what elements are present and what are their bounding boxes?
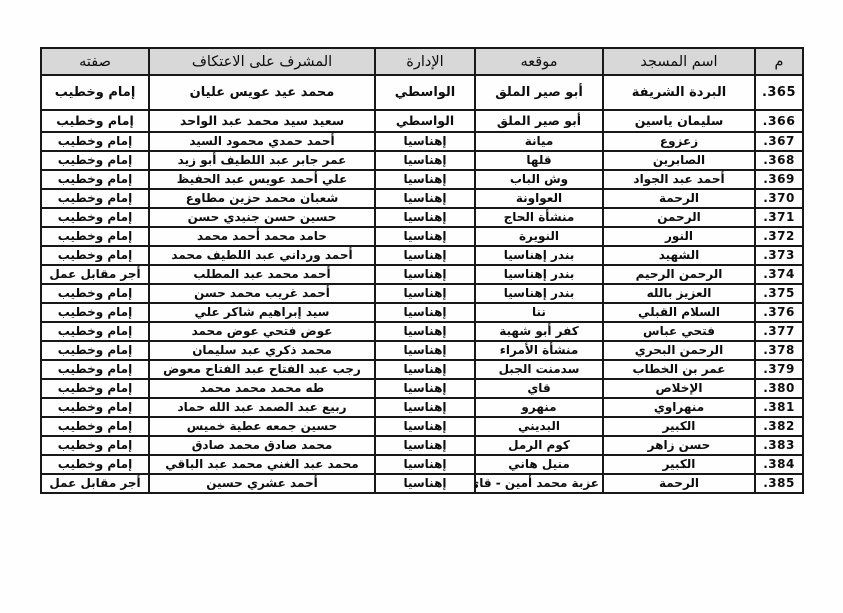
- cell-supervisor: أحمد غريب محمد حسن: [149, 284, 375, 303]
- cell-num: .379: [755, 360, 803, 379]
- cell-admin: إهناسيا: [375, 170, 475, 189]
- cell-num: .377: [755, 322, 803, 341]
- cell-location: منشأة الأمراء: [475, 341, 603, 360]
- cell-location: قلها: [475, 151, 603, 170]
- cell-admin: إهناسيا: [375, 474, 475, 493]
- scanned-page-background: م اسم المسجد موقعه الإدارة المشرف على ال…: [0, 0, 843, 613]
- cell-num: .367: [755, 132, 803, 151]
- cell-mosque: العزيز بالله: [603, 284, 755, 303]
- cell-num: .382: [755, 417, 803, 436]
- cell-supervisor: محمد عيد عويس عليان: [149, 75, 375, 110]
- cell-admin: إهناسيا: [375, 379, 475, 398]
- cell-supervisor: أحمد ورداني عبد اللطيف محمد: [149, 246, 375, 265]
- mosque-itikaf-roster-table: م اسم المسجد موقعه الإدارة المشرف على ال…: [40, 47, 804, 494]
- cell-admin: إهناسيا: [375, 265, 475, 284]
- cell-location: ميانة: [475, 132, 603, 151]
- cell-location: كفر أبو شهبة: [475, 322, 603, 341]
- cell-admin: إهناسيا: [375, 151, 475, 170]
- cell-role: إمام وخطيب: [41, 227, 149, 246]
- cell-mosque: الرحمن البحري: [603, 341, 755, 360]
- table-row: .366سليمان ياسينأبو صير الملقالواسطيسعيد…: [41, 110, 803, 132]
- cell-role: إمام وخطيب: [41, 360, 149, 379]
- table-row: .377فتحي عباسكفر أبو شهبةإهناسياعوض فتحي…: [41, 322, 803, 341]
- cell-role: إمام وخطيب: [41, 208, 149, 227]
- cell-supervisor: عمر جابر عبد اللطيف أبو زيد: [149, 151, 375, 170]
- cell-location: النويرة: [475, 227, 603, 246]
- table-row: .378الرحمن البحريمنشأة الأمراءإهناسيامحم…: [41, 341, 803, 360]
- cell-location: أبو صير الملق: [475, 110, 603, 132]
- table-row: .381منهراويمنهروإهناسياربيع عبد الصمد عب…: [41, 398, 803, 417]
- cell-role: إمام وخطيب: [41, 284, 149, 303]
- cell-admin: إهناسيا: [375, 436, 475, 455]
- cell-location: منهرو: [475, 398, 603, 417]
- cell-mosque: عمر بن الخطاب: [603, 360, 755, 379]
- cell-mosque: سليمان ياسين: [603, 110, 755, 132]
- cell-role: إمام وخطيب: [41, 110, 149, 132]
- cell-supervisor: حامد محمد أحمد محمد: [149, 227, 375, 246]
- table-row: .385الرحمةعزبة محمد أمين - قايإهناسياأحم…: [41, 474, 803, 493]
- cell-supervisor: عوض فتحي عوض محمد: [149, 322, 375, 341]
- cell-supervisor: شعبان محمد حزين مطاوع: [149, 189, 375, 208]
- cell-mosque: الرحمة: [603, 474, 755, 493]
- cell-location: وش الباب: [475, 170, 603, 189]
- cell-num: .369: [755, 170, 803, 189]
- cell-admin: إهناسيا: [375, 455, 475, 474]
- cell-role: إمام وخطيب: [41, 417, 149, 436]
- cell-role: إمام وخطيب: [41, 246, 149, 265]
- cell-location: بندر إهناسيا: [475, 265, 603, 284]
- table-row: .369أحمد عبد الجوادوش البابإهناسياعلي أح…: [41, 170, 803, 189]
- cell-mosque: حسن زاهر: [603, 436, 755, 455]
- cell-mosque: الرحمة: [603, 189, 755, 208]
- cell-role: إمام وخطيب: [41, 303, 149, 322]
- header-number: م: [755, 48, 803, 75]
- table-row: .375العزيز باللهبندر إهناسياإهناسياأحمد …: [41, 284, 803, 303]
- table-row: .371الرحمنمنشأة الحاجإهناسياحسين حسن جني…: [41, 208, 803, 227]
- table-row: .383حسن زاهركوم الرملإهناسيامحمد صادق مح…: [41, 436, 803, 455]
- table-row: .382الكبيرالبدينيإهناسياحسين جمعه عطية خ…: [41, 417, 803, 436]
- cell-num: .371: [755, 208, 803, 227]
- cell-admin: الواسطي: [375, 75, 475, 110]
- cell-supervisor: ربيع عبد الصمد عبد الله حماد: [149, 398, 375, 417]
- cell-num: .384: [755, 455, 803, 474]
- cell-supervisor: محمد عبد الغني محمد عبد الباقي: [149, 455, 375, 474]
- table-row: .367زعزوعميانةإهناسياأحمد حمدي محمود الس…: [41, 132, 803, 151]
- cell-admin: إهناسيا: [375, 284, 475, 303]
- cell-role: إمام وخطيب: [41, 398, 149, 417]
- cell-role: إمام وخطيب: [41, 170, 149, 189]
- cell-supervisor: أحمد عشري حسين: [149, 474, 375, 493]
- cell-admin: إهناسيا: [375, 208, 475, 227]
- table-row: .372النورالنويرةإهناسياحامد محمد أحمد مح…: [41, 227, 803, 246]
- cell-location: البديني: [475, 417, 603, 436]
- cell-role: إمام وخطيب: [41, 132, 149, 151]
- cell-location: منشأة الحاج: [475, 208, 603, 227]
- cell-role: إمام وخطيب: [41, 436, 149, 455]
- cell-admin: إهناسيا: [375, 322, 475, 341]
- header-role: صفته: [41, 48, 149, 75]
- cell-location: العواونة: [475, 189, 603, 208]
- cell-role: إمام وخطيب: [41, 75, 149, 110]
- cell-num: .368: [755, 151, 803, 170]
- cell-supervisor: حسين جمعه عطية خميس: [149, 417, 375, 436]
- cell-mosque: الشهيد: [603, 246, 755, 265]
- cell-role: أجر مقابل عمل: [41, 474, 149, 493]
- cell-supervisor: محمد ذكري عبد سليمان: [149, 341, 375, 360]
- cell-supervisor: طه محمد محمد محمد: [149, 379, 375, 398]
- cell-mosque: النور: [603, 227, 755, 246]
- cell-supervisor: حسين حسن جنيدي حسن: [149, 208, 375, 227]
- cell-supervisor: رجب عبد الفتاح عبد الفتاح معوض: [149, 360, 375, 379]
- cell-role: إمام وخطيب: [41, 189, 149, 208]
- cell-role: إمام وخطيب: [41, 322, 149, 341]
- cell-role: إمام وخطيب: [41, 341, 149, 360]
- cell-num: .365: [755, 75, 803, 110]
- table-row: .373الشهيدبندر إهناسياإهناسياأحمد ورداني…: [41, 246, 803, 265]
- table-row: .384الكبيرمنيل هانيإهناسيامحمد عبد الغني…: [41, 455, 803, 474]
- cell-location: أبو صير الملق: [475, 75, 603, 110]
- cell-location: كوم الرمل: [475, 436, 603, 455]
- cell-admin: الواسطي: [375, 110, 475, 132]
- cell-num: .383: [755, 436, 803, 455]
- cell-mosque: السلام القبلي: [603, 303, 755, 322]
- cell-mosque: زعزوع: [603, 132, 755, 151]
- cell-role: إمام وخطيب: [41, 455, 149, 474]
- table-row: .370الرحمةالعواونةإهناسياشعبان محمد حزين…: [41, 189, 803, 208]
- cell-mosque: البردة الشريفة: [603, 75, 755, 110]
- cell-role: إمام وخطيب: [41, 151, 149, 170]
- cell-location: ننا: [475, 303, 603, 322]
- cell-mosque: فتحي عباس: [603, 322, 755, 341]
- cell-admin: إهناسيا: [375, 360, 475, 379]
- cell-role: إمام وخطيب: [41, 379, 149, 398]
- cell-supervisor: أحمد حمدي محمود السيد: [149, 132, 375, 151]
- cell-role: أجر مقابل عمل: [41, 265, 149, 284]
- table-row: .380الإخلاصقايإهناسياطه محمد محمد محمدإم…: [41, 379, 803, 398]
- cell-mosque: الكبير: [603, 417, 755, 436]
- cell-supervisor: محمد صادق محمد صادق: [149, 436, 375, 455]
- cell-mosque: أحمد عبد الجواد: [603, 170, 755, 189]
- cell-num: .376: [755, 303, 803, 322]
- cell-num: .373: [755, 246, 803, 265]
- cell-num: .366: [755, 110, 803, 132]
- cell-num: .378: [755, 341, 803, 360]
- table-header-row: م اسم المسجد موقعه الإدارة المشرف على ال…: [41, 48, 803, 75]
- cell-admin: إهناسيا: [375, 303, 475, 322]
- cell-num: .374: [755, 265, 803, 284]
- cell-supervisor: علي أحمد عويس عبد الحفيظ: [149, 170, 375, 189]
- cell-mosque: منهراوي: [603, 398, 755, 417]
- cell-supervisor: سيد إبراهيم شاكر علي: [149, 303, 375, 322]
- cell-num: .380: [755, 379, 803, 398]
- cell-supervisor: سعيد سيد محمد عبد الواحد: [149, 110, 375, 132]
- cell-num: .375: [755, 284, 803, 303]
- cell-mosque: الإخلاص: [603, 379, 755, 398]
- cell-supervisor: أحمد محمد عبد المطلب: [149, 265, 375, 284]
- cell-mosque: الرحمن: [603, 208, 755, 227]
- cell-admin: إهناسيا: [375, 398, 475, 417]
- header-location: موقعه: [475, 48, 603, 75]
- cell-location: بندر إهناسيا: [475, 284, 603, 303]
- table-row: .368الصابرينقلهاإهناسياعمر جابر عبد اللط…: [41, 151, 803, 170]
- cell-admin: إهناسيا: [375, 417, 475, 436]
- cell-admin: إهناسيا: [375, 189, 475, 208]
- table-row: .379عمر بن الخطابسدمنت الجبلإهناسيارجب ع…: [41, 360, 803, 379]
- header-admin: الإدارة: [375, 48, 475, 75]
- table-body: .365البردة الشريفةأبو صير الملقالواسطيمح…: [41, 75, 803, 493]
- cell-mosque: الصابرين: [603, 151, 755, 170]
- cell-location: بندر إهناسيا: [475, 246, 603, 265]
- table-row: .365البردة الشريفةأبو صير الملقالواسطيمح…: [41, 75, 803, 110]
- cell-mosque: الكبير: [603, 455, 755, 474]
- header-mosque-name: اسم المسجد: [603, 48, 755, 75]
- cell-mosque: الرحمن الرحيم: [603, 265, 755, 284]
- cell-location: قاي: [475, 379, 603, 398]
- cell-num: .370: [755, 189, 803, 208]
- cell-num: .385: [755, 474, 803, 493]
- cell-num: .381: [755, 398, 803, 417]
- header-supervisor: المشرف على الاعتكاف: [149, 48, 375, 75]
- cell-admin: إهناسيا: [375, 227, 475, 246]
- cell-num: .372: [755, 227, 803, 246]
- cell-admin: إهناسيا: [375, 132, 475, 151]
- cell-location: سدمنت الجبل: [475, 360, 603, 379]
- cell-location: عزبة محمد أمين - قاي: [475, 474, 603, 493]
- cell-admin: إهناسيا: [375, 341, 475, 360]
- table-row: .376السلام القبلينناإهناسياسيد إبراهيم ش…: [41, 303, 803, 322]
- cell-location: منيل هاني: [475, 455, 603, 474]
- table-row: .374الرحمن الرحيمبندر إهناسياإهناسياأحمد…: [41, 265, 803, 284]
- cell-admin: إهناسيا: [375, 246, 475, 265]
